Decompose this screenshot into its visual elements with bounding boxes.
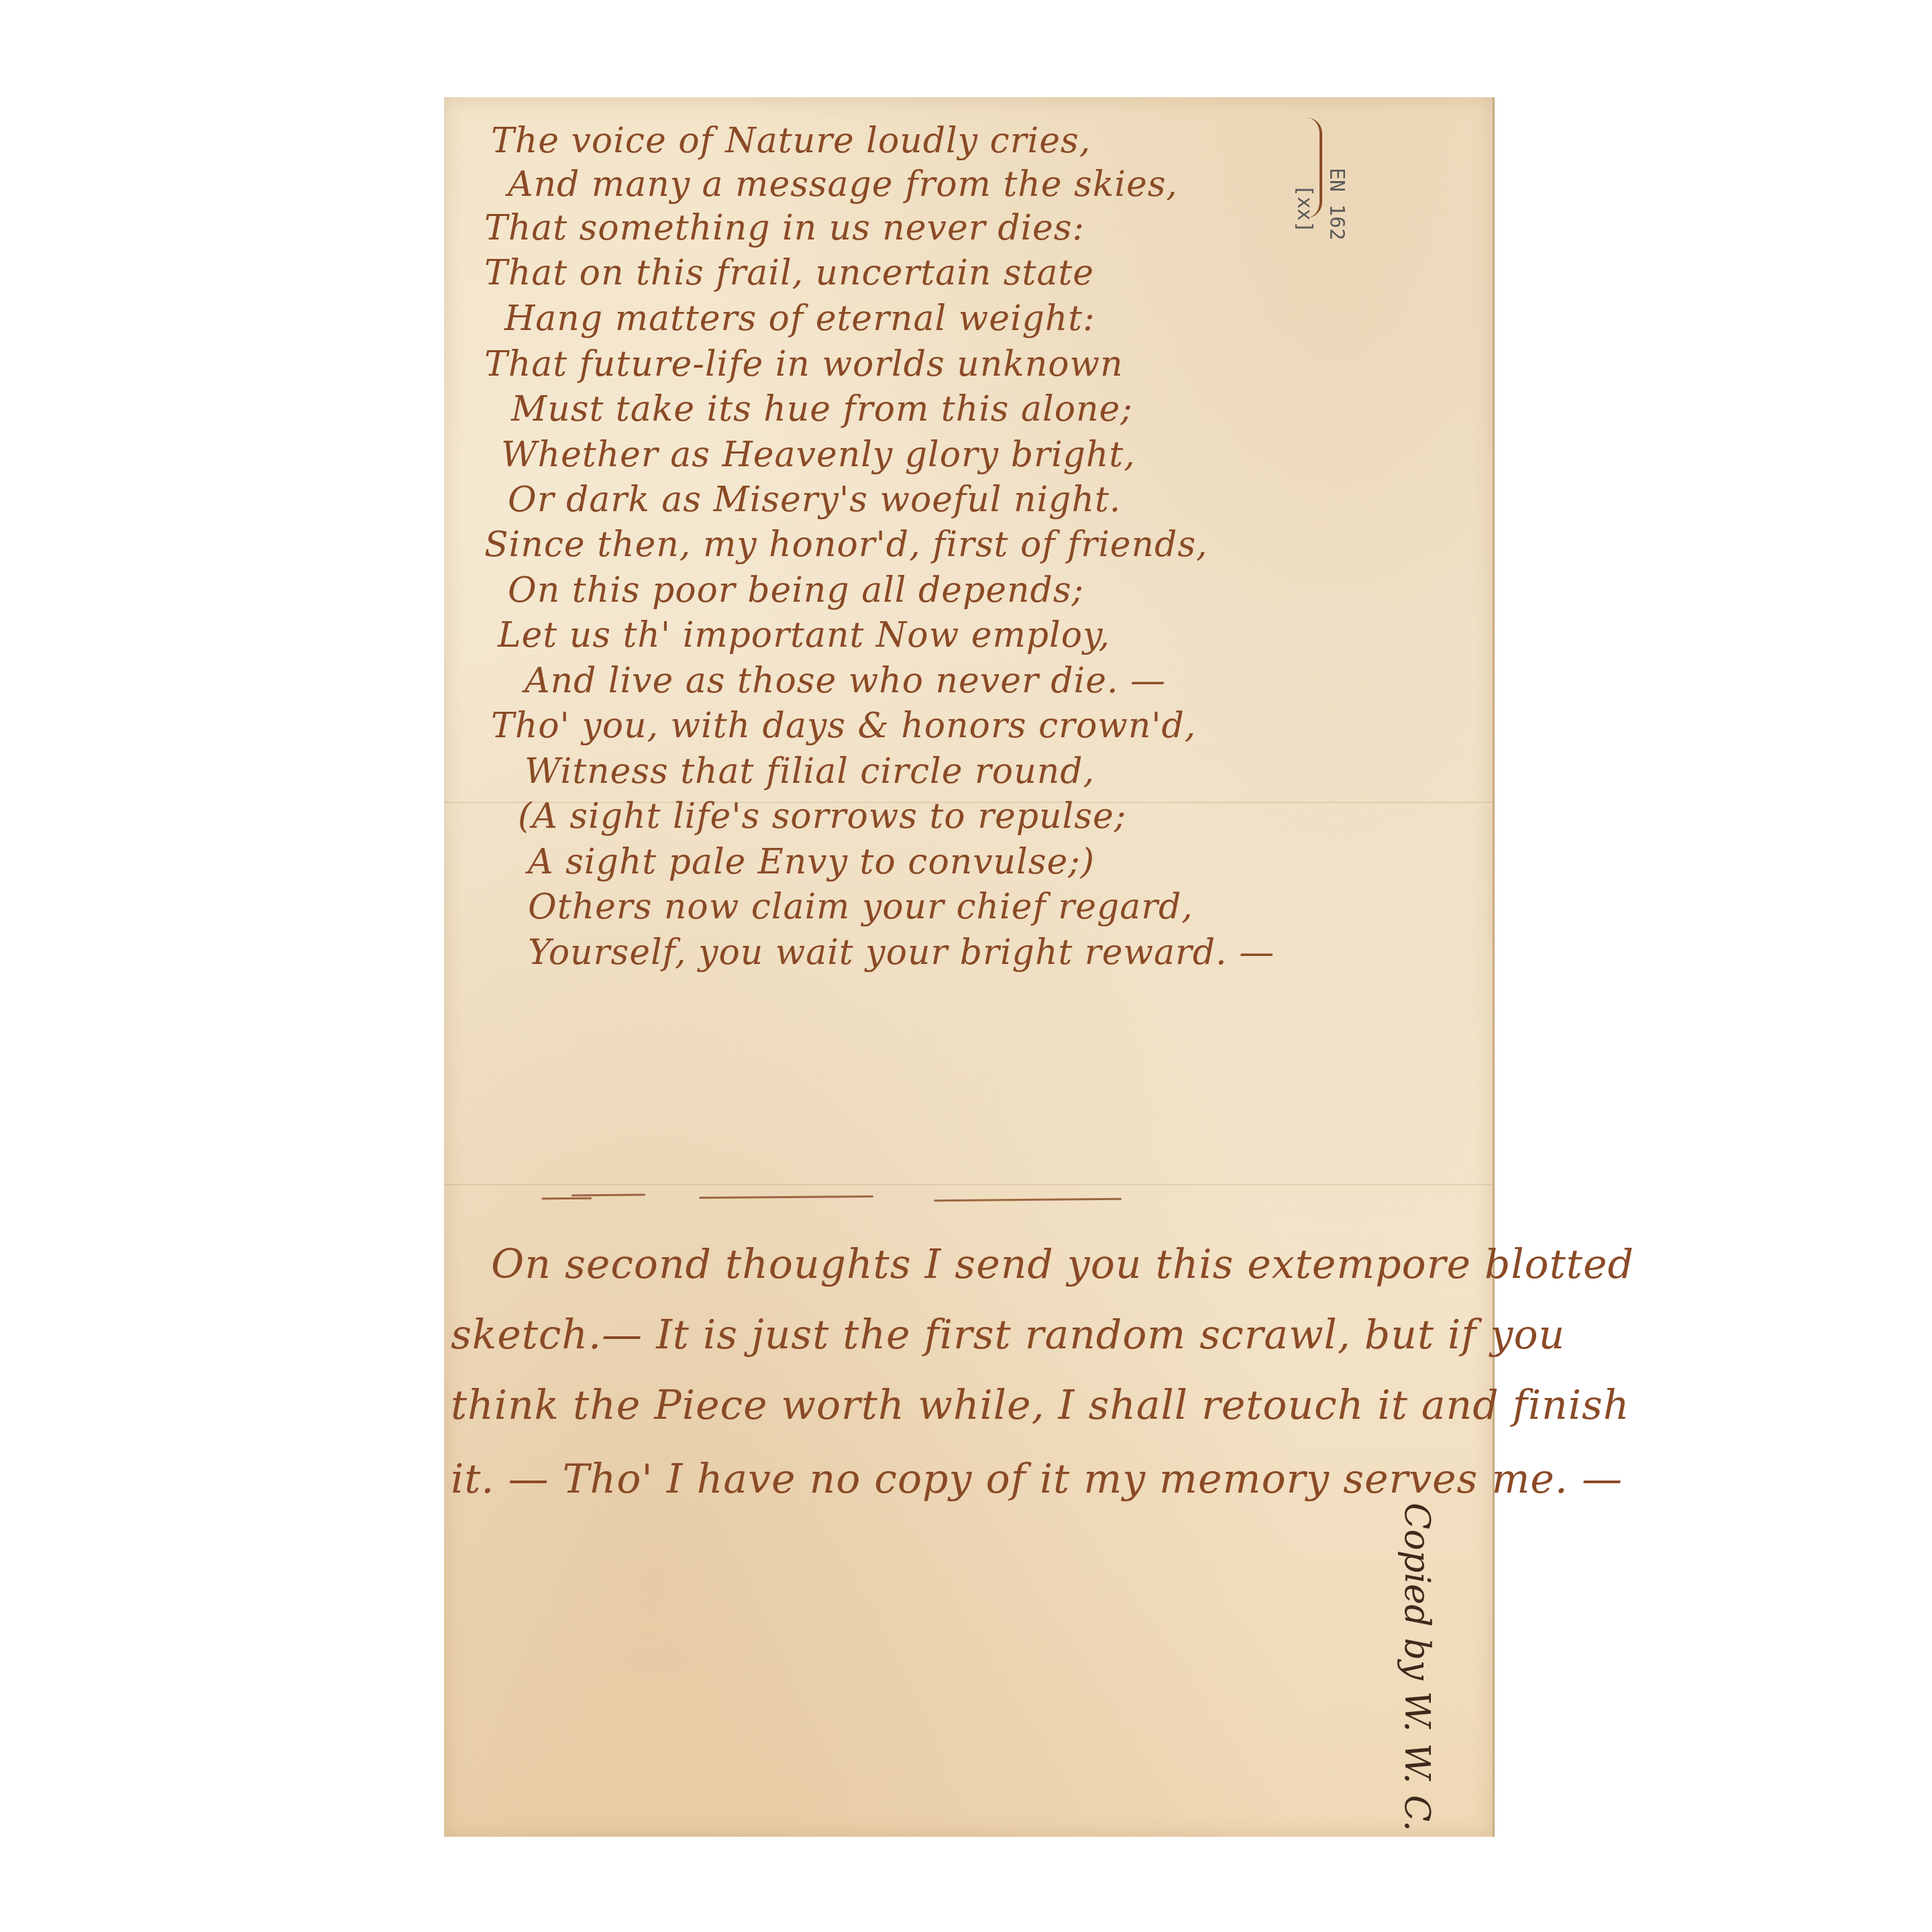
poem-line: Tho' you, with days & honors crown'd,: [491, 706, 1196, 746]
poem-line: Yourself, you wait your bright reward. —: [528, 932, 1275, 973]
poem-line: A sight pale Envy to convulse;): [528, 842, 1095, 882]
poem-line: (A sight life's sorrows to repulse;: [518, 796, 1126, 837]
divider-stroke: [572, 1194, 645, 1197]
prose-line: sketch.— It is just the first random scr…: [451, 1311, 1565, 1358]
poem-line: Hang matters of eternal weight:: [504, 299, 1095, 339]
poem-line: That on this frail, uncertain state: [484, 253, 1094, 293]
divider-stroke: [541, 1197, 592, 1200]
archive-mark: EN 162: [1325, 168, 1348, 240]
poem-line: That something in us never dies:: [484, 208, 1085, 248]
poem-line: Or dark as Misery's woeful night.: [508, 480, 1121, 520]
copyist-annotation: Copied by W. W. C.: [1397, 1503, 1437, 1831]
poem-line: Others now claim your chief regard,: [528, 887, 1193, 927]
prose-line: think the Piece worth while, I shall ret…: [451, 1382, 1629, 1429]
poem-line: Witness that filial circle round,: [525, 751, 1095, 792]
poem-line: Since then, my honor'd, first of friends…: [484, 525, 1208, 565]
poem-line: The voice of Nature loudly cries,: [491, 121, 1091, 161]
poem-line: That future-life in worlds unknown: [484, 344, 1123, 384]
poem-line: And live as those who never die. —: [525, 661, 1166, 701]
prose-line: On second thoughts I send you this extem…: [491, 1241, 1634, 1288]
fold-crease: [444, 1184, 1493, 1185]
divider-stroke: [934, 1198, 1122, 1201]
poem-line: Must take its hue from this alone;: [511, 389, 1133, 429]
prose-line: it. — Tho' I have no copy of it my memor…: [451, 1456, 1623, 1503]
poem-line: Let us th' important Now employ,: [498, 615, 1110, 655]
poem-line: Whether as Heavenly glory bright,: [501, 435, 1136, 475]
poem-line: And many a message from the skies,: [508, 164, 1178, 205]
poem-line: On this poor being all depends;: [508, 570, 1084, 610]
divider-stroke: [699, 1195, 873, 1199]
brace-mark: [1306, 117, 1322, 218]
manuscript-page: EN 162 [xx] The voice of Nature loudly c…: [444, 97, 1495, 1837]
